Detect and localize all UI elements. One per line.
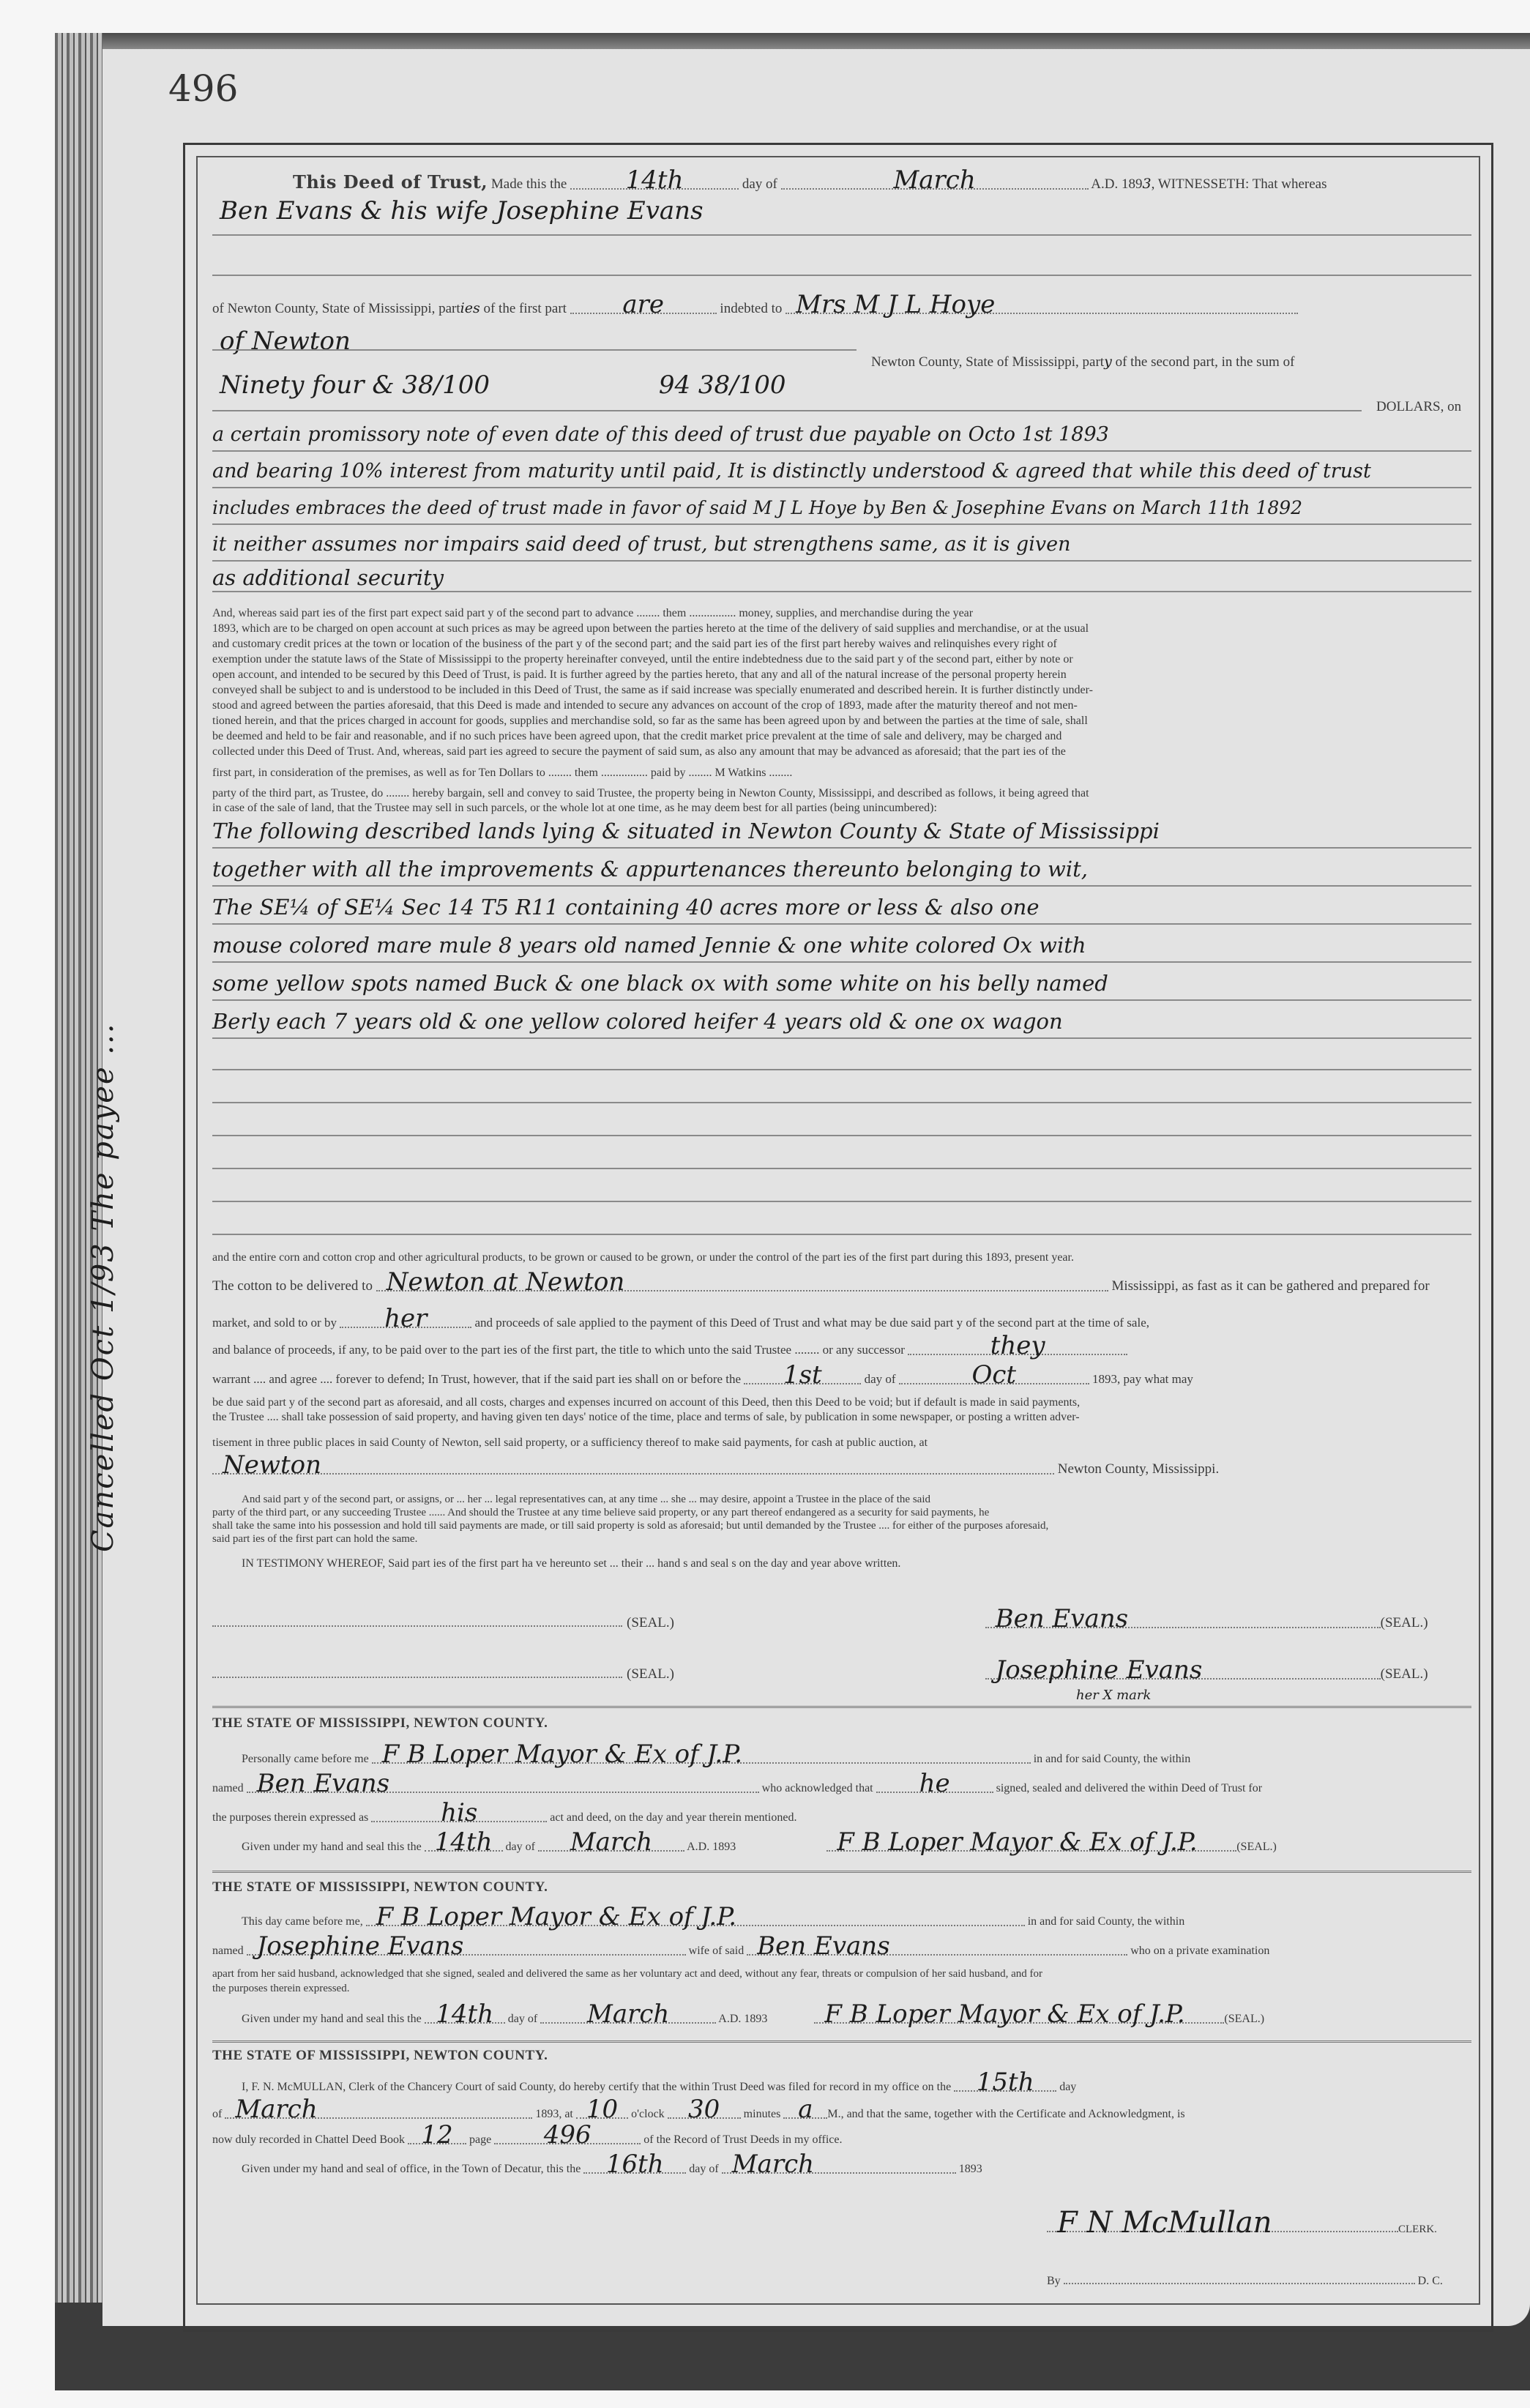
sum-label: of the second part, in the sum of (1116, 354, 1295, 370)
verb-are: are (570, 297, 717, 314)
meridiem: a (783, 2101, 827, 2119)
page-label: page (469, 2133, 491, 2146)
signature-josephine-evans: Josephine Evans (985, 1662, 1381, 1680)
named-label: named (212, 1782, 244, 1794)
rule (212, 923, 1471, 925)
warrant-text: warrant .... and agree .... forever to d… (212, 1372, 741, 1386)
note-terms-line: a certain promissory note of even date o… (212, 422, 1471, 447)
advances-line: be deemed and held to be fair and reason… (212, 728, 1471, 745)
deputy-clerk-line: By D. C. (1047, 2273, 1471, 2289)
creditor-name: Mrs M J L Hoye (785, 297, 1298, 314)
first-part-label: of the first part (483, 301, 566, 316)
property-line: some yellow spots named Buck & one black… (212, 970, 1471, 996)
rule (212, 1037, 1471, 1039)
blank-signature-slot (212, 1677, 622, 1678)
seal-label: (SEAL.) (1381, 1666, 1428, 1682)
signed-suffix: signed, sealed and delivered the within … (996, 1782, 1262, 1794)
at-label: , at (559, 2108, 573, 2120)
rule (212, 1201, 1471, 1202)
property-line: mouse colored mare mule 8 years old name… (212, 932, 1471, 958)
seal-label: (SEAL.) (627, 1615, 674, 1630)
part-suffix: ies (460, 300, 480, 316)
clerk-line2-suffix: M., and that the same, together with the… (827, 2108, 1184, 2120)
clerk-heading: THE STATE OF MISSISSIPPI, NEWTON COUNTY. (212, 2048, 1471, 2064)
property-line: The SE¼ of SE¼ Sec 14 T5 R11 containing … (212, 894, 1471, 920)
property-line: The following described lands lying & si… (212, 818, 1471, 844)
book-top-edge (55, 33, 1530, 49)
market-suffix: and proceeds of sale applied to the paym… (474, 1316, 1149, 1330)
signature-row-1: (SEAL.) Ben Evans(SEAL.) (212, 1611, 1471, 1631)
rule (212, 591, 1471, 592)
clerk-label: CLERK. (1398, 2224, 1437, 2235)
ack-husband-named-line: named Ben Evans who acknowledged that he… (212, 1775, 1471, 1797)
rule (212, 885, 1471, 887)
crop-line: and the entire corn and cotton crop and … (212, 1250, 1471, 1266)
ack-wife-heading: THE STATE OF MISSISSIPPI, NEWTON COUNTY. (212, 1879, 1471, 1896)
record-page-number: 496 (494, 2127, 641, 2144)
day-of-label: day of (742, 176, 777, 192)
ack-possessive: his (371, 1805, 547, 1822)
given-year: 1893 (959, 2163, 982, 2175)
deed-header: This Deed of Trust, Made this the 14th d… (212, 172, 1471, 193)
of-label: of (212, 2108, 222, 2120)
rule (212, 1069, 1471, 1070)
given-day-of: day of (689, 2163, 718, 2175)
oclock-label: o'clock (631, 2108, 665, 2120)
advances-line: in case of the sale of land, that the Tr… (212, 800, 1471, 816)
auction-line: Newton Newton County, Mississippi. (212, 1457, 1471, 1477)
rule (212, 1234, 1471, 1235)
purposes-label: the purposes therein expressed as (212, 1811, 368, 1824)
by-label: By (1047, 2275, 1061, 2287)
trustee-line: the Trustee .... shall take possession o… (212, 1409, 1471, 1425)
rule (212, 234, 1471, 236)
given-month: March (540, 2006, 716, 2024)
grantor-county-line: of Newton County, State of Mississippi, … (212, 297, 1471, 317)
advances-line: 1893, which are to be charged on open ac… (212, 621, 1471, 637)
rule (212, 523, 1471, 525)
signature-row-2: (SEAL.) Josephine Evans(SEAL.) (212, 1662, 1471, 1682)
given-month: March (722, 2156, 956, 2174)
given-day-of: day of (506, 1841, 535, 1853)
rule (212, 560, 1471, 562)
note-terms-line: and bearing 10% interest from maturity u… (212, 459, 1471, 483)
made-label: Made this the (491, 176, 567, 192)
due-day: 1st (744, 1367, 861, 1384)
ack-wife-named-line: named Josephine Evans wife of said Ben E… (212, 1938, 1471, 1959)
rule (212, 349, 857, 351)
section-divider (212, 1871, 1471, 1873)
seal-label: (SEAL.) (627, 1666, 674, 1682)
market-line: market, and sold to or by her and procee… (212, 1311, 1471, 1331)
blank-signature-slot (212, 1625, 622, 1627)
warrant-line: warrant .... and agree .... forever to d… (212, 1367, 1471, 1387)
seal-label: (SEAL.) (1381, 1615, 1428, 1630)
private-exam-label: who on a private examination (1130, 1945, 1269, 1957)
seal-label: (SEAL.) (1224, 2013, 1264, 2025)
pay-what-may: , pay what may (1117, 1372, 1193, 1386)
filed-minutes: 30 (668, 2101, 741, 2119)
delivery-line: The cotton to be delivered to Newton at … (212, 1274, 1471, 1294)
section-divider (212, 1706, 1471, 1708)
minutes-label: minutes (744, 2108, 781, 2120)
day-label: day (1059, 2081, 1076, 2093)
signature-ben-evans: Ben Evans (985, 1611, 1381, 1628)
act-suffix: act and deed, on the day and year therei… (550, 1811, 796, 1824)
due-month: Oct (899, 1367, 1089, 1384)
rule (212, 1102, 1471, 1103)
note-terms-line: includes embraces the deed of trust made… (212, 496, 1471, 520)
recorded-label: now duly recorded in Chattel Deed Book (212, 2133, 405, 2146)
assigns-line: said part ies of the first part can hold… (212, 1531, 1471, 1547)
clerk-certify-text: I, F. N. McMULLAN, Clerk of the Chancery… (242, 2081, 951, 2093)
market-by: her (340, 1311, 471, 1328)
clerk-signature: F N McMullan (1047, 2215, 1398, 2232)
came-before-label: This day came before me, (242, 1915, 363, 1928)
rule (212, 487, 1471, 488)
property-line: Berly each 7 years old & one yellow colo… (212, 1008, 1471, 1035)
book-number: 12 (408, 2127, 466, 2144)
rule (212, 410, 1362, 411)
due-day-of: day of (865, 1372, 896, 1386)
year-label: A.D. 189 (1091, 176, 1142, 192)
advances-line: conveyed shall be subject to and is unde… (212, 682, 1471, 698)
dc-label: D. C. (1418, 2275, 1443, 2287)
rule (212, 450, 1471, 452)
due-year: 1893 (1092, 1372, 1117, 1386)
rule (212, 275, 1471, 276)
witnesseth-label: , WITNESSETH: That whereas (1152, 176, 1327, 192)
creditor-location: of Newton (220, 333, 1479, 349)
rule (212, 1168, 1471, 1169)
officer-signature: F B Loper Mayor & Ex of J.P. (814, 2006, 1224, 2024)
given-day: 14th (425, 1834, 503, 1852)
delivered-label: The cotton to be delivered to (212, 1278, 373, 1294)
ack-husband-heading: THE STATE OF MISSISSIPPI, NEWTON COUNTY. (212, 1715, 1471, 1732)
ack-officer: F B Loper Mayor & Ex of J.P. (372, 1746, 1031, 1764)
deputy-signature-slot (1064, 2283, 1415, 2284)
due-line: be due said part y of the second part as… (212, 1395, 1471, 1411)
balance-line: and balance of proceeds, if any, to be p… (212, 1338, 1471, 1358)
wife-of-label: wife of said (689, 1945, 745, 1957)
given-year: A.D. 1893 (687, 1841, 736, 1853)
delivered-to: Newton at Newton (376, 1274, 1108, 1291)
auction-suffix: Newton County, Mississippi. (1058, 1461, 1219, 1477)
county-phrase: of Newton County, State of Mississippi, … (212, 301, 460, 316)
filed-year: 1893 (535, 2108, 559, 2120)
filed-hour: 10 (576, 2101, 628, 2119)
officer-signature: F B Loper Mayor & Ex of J.P. (826, 1834, 1236, 1852)
amount-line: Ninety four & 38/100 94 38/100 (220, 377, 1479, 393)
dollars-label: DOLLARS, on (1376, 399, 1471, 415)
given-label: Given under my hand and seal this the (242, 1841, 422, 1853)
rule (212, 961, 1471, 963)
record-suffix: of the Record of Trust Deeds in my offic… (643, 2133, 842, 2146)
ack-husband-purposes-line: the purposes therein expressed as his ac… (212, 1805, 1471, 1826)
advances-line: first part, in consideration of the prem… (212, 765, 1471, 781)
her-mark: her X mark (1076, 1688, 1223, 1704)
second-part-suffix: y (1104, 354, 1112, 370)
ack-wife-given-line: Given under my hand and seal this the 14… (242, 2006, 1501, 2027)
advances-line: tioned herein, and that the prices charg… (212, 713, 1471, 729)
ack-husband-name: Ben Evans (747, 1938, 1127, 1956)
ack-officer: F B Loper Mayor & Ex of J.P. (366, 1909, 1025, 1926)
grantor-names: Ben Evans & his wife Josephine Evans (220, 203, 1479, 219)
rule (212, 999, 1471, 1001)
advances-line: stood and agreed between the parties afo… (212, 698, 1471, 714)
given-day: 16th (583, 2156, 686, 2174)
delivered-suffix: Mississippi, as fast as it can be gather… (1111, 1278, 1429, 1294)
given-day: 14th (425, 2006, 505, 2024)
advances-line: open account, and intended to be secured… (212, 667, 1471, 683)
note-terms-line: it neither assumes nor impairs said deed… (212, 532, 1471, 556)
ack-husband-given-line: Given under my hand and seal this the 14… (242, 1834, 1501, 1855)
tisement-line: tisement in three public places in said … (212, 1435, 1471, 1451)
came-before-label: Personally came before me (242, 1753, 369, 1765)
amount-words: Ninety four & 38/100 (220, 370, 490, 400)
given-month: March (538, 1834, 684, 1852)
balance-text: and balance of proceeds, if any, to be p… (212, 1343, 905, 1357)
amount-numeric: 94 38/100 (659, 370, 786, 400)
market-label: market, and sold to or by (212, 1316, 337, 1330)
clerk-line-2: of March 1893, at 10 o'clock 30 minutes … (212, 2101, 1471, 2122)
deed-month: March (781, 172, 1089, 190)
rule (212, 847, 1471, 849)
rule (212, 1135, 1471, 1136)
page-number: 496 (168, 67, 238, 110)
auction-place: Newton (212, 1457, 1054, 1475)
county-suffix: in and for said County, the within (1028, 1915, 1185, 1928)
clerk-line-3: now duly recorded in Chattel Deed Book 1… (212, 2127, 1471, 2148)
deed-year-digit: 3 (1143, 176, 1152, 192)
clerk-signature-line: F N McMullanCLERK. (1047, 2215, 1471, 2237)
filed-month: March (225, 2101, 532, 2119)
given-label: Given under my hand and seal of office, … (242, 2163, 581, 2175)
indebted-to-label: indebted to (720, 301, 782, 316)
given-day-of: day of (508, 2013, 537, 2025)
given-label: Given under my hand and seal this the (242, 2013, 422, 2025)
successor: they (908, 1338, 1127, 1355)
ack-named: Ben Evans (247, 1775, 759, 1793)
deed-day: 14th (570, 172, 739, 190)
section-divider (212, 2040, 1471, 2043)
ack-pronoun: he (876, 1775, 993, 1793)
ack-wife-line: the purposes therein expressed. (212, 1980, 1471, 1997)
second-part-phrase: Newton County, State of Mississippi, par… (871, 354, 1104, 370)
note-terms-line: as additional security (212, 566, 1471, 590)
filed-day: 15th (954, 2074, 1056, 2092)
deed-title: This Deed of Trust, (293, 171, 488, 193)
named-label: named (212, 1945, 244, 1957)
advances-line: And, whereas said part ies of the first … (212, 605, 1471, 622)
advances-line: collected under this Deed of Trust. And,… (212, 744, 1471, 760)
property-line: together with all the improvements & app… (212, 856, 1471, 882)
advances-line: and customary credit prices at the town … (212, 636, 1471, 652)
ack-named: Josephine Evans (247, 1938, 686, 1956)
advances-line: exemption under the statute laws of the … (212, 652, 1471, 668)
margin-cancellation-note: Cancelled Oct 1/93 The payee ... (86, 1023, 120, 1552)
clerk-given-line: Given under my hand and seal of office, … (242, 2156, 1501, 2177)
testimony-line: IN TESTIMONY WHEREOF, Said part ies of t… (242, 1556, 1501, 1572)
acknowledged-label: who acknowledged that (762, 1782, 873, 1794)
given-year: A.D. 1893 (718, 2013, 767, 2025)
ack-wife-line: apart from her said husband, acknowledge… (212, 1966, 1471, 1982)
second-party-line: Newton County, State of Mississippi, par… (871, 354, 1471, 370)
county-suffix: in and for said County, the within (1034, 1753, 1191, 1765)
ack-husband-officer-line: Personally came before me F B Loper Mayo… (242, 1746, 1501, 1767)
ack-wife-officer-line: This day came before me, F B Loper Mayor… (242, 1909, 1501, 1930)
seal-label: (SEAL.) (1236, 1841, 1277, 1853)
clerk-line-1: I, F. N. McMULLAN, Clerk of the Chancery… (242, 2074, 1501, 2095)
advances-line: party of the third part, as Trustee, do … (212, 786, 1471, 802)
